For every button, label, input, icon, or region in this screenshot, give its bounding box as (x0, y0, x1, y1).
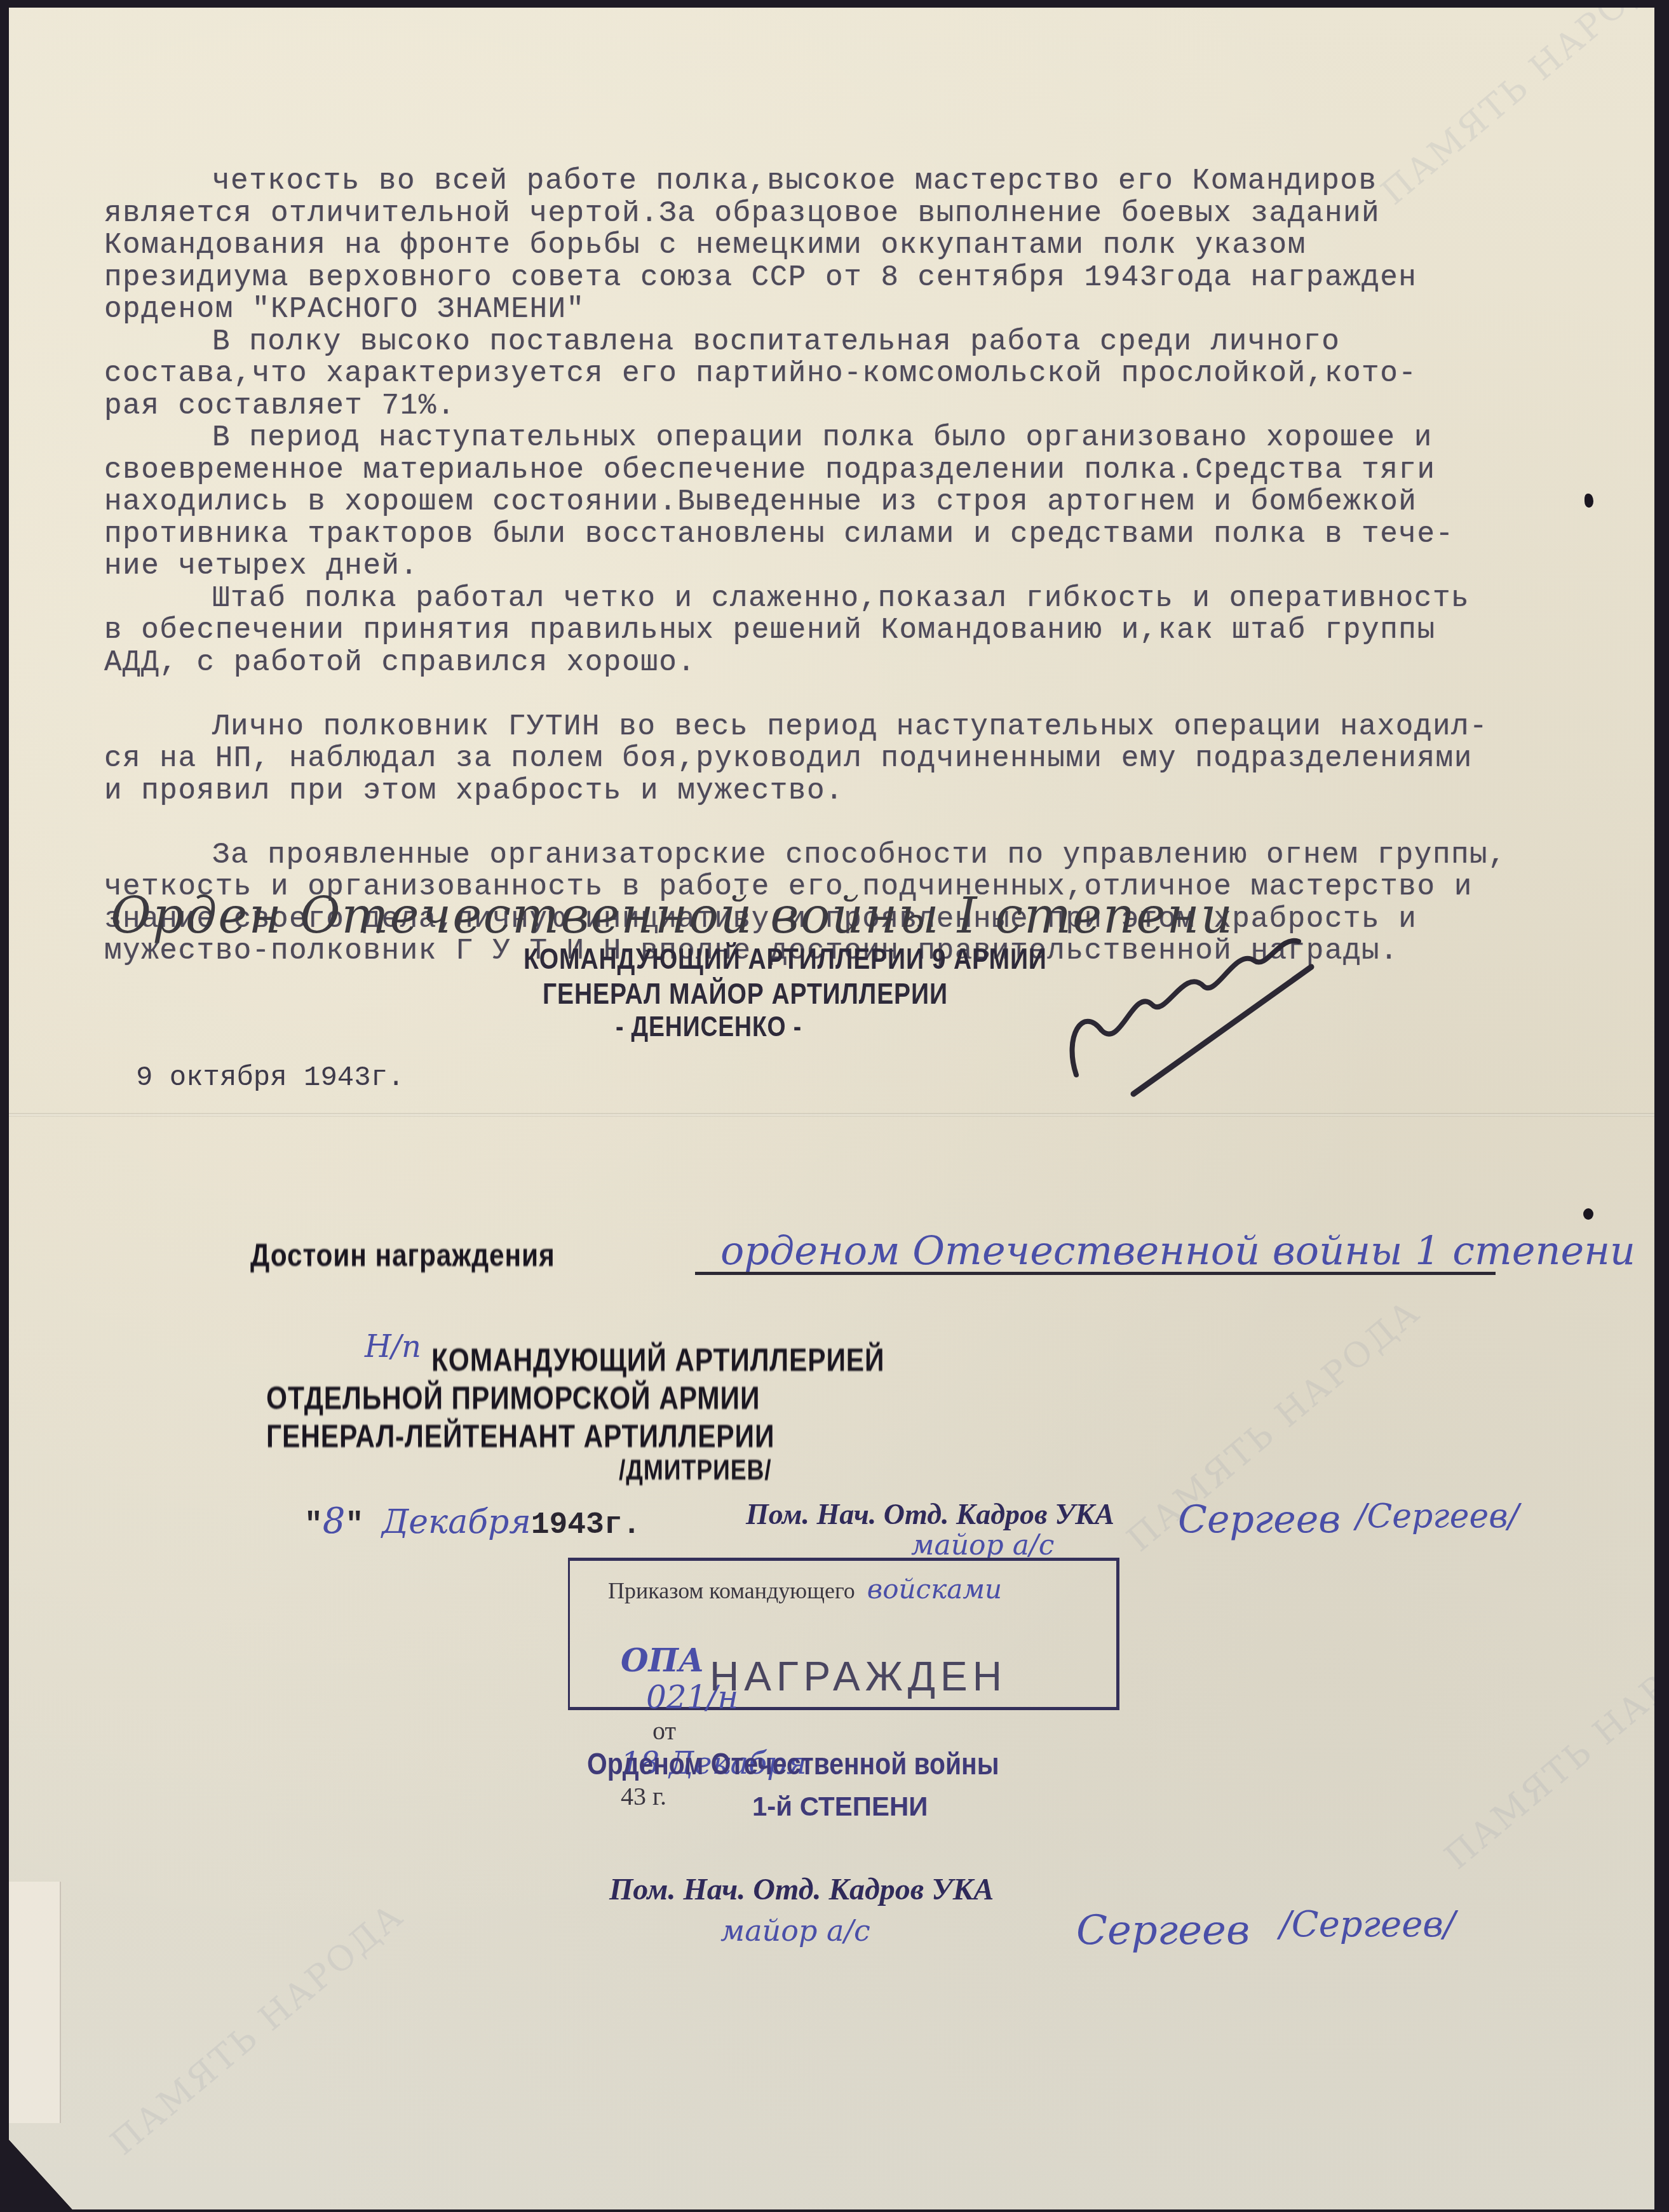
personnel-officer-1-rank: майор а/с (911, 1529, 1054, 1561)
signatory-2-title: КОМАНДУЮЩИЙ АРТИЛЛЕРИЕЙ (431, 1342, 884, 1379)
signatory-2-army: ОТДЕЛЬНОЙ ПРИМОРСКОЙ АРМИИ (266, 1380, 760, 1417)
text-line: орденом "КРАСНОГО ЗНАМЕНИ" (104, 293, 585, 326)
order-army-abbr: ОПА (621, 1642, 705, 1679)
text-line: президиума верховного совета союза ССР о… (104, 261, 1417, 294)
text-line: В полку высоко поставлена воспитательная… (212, 325, 1340, 358)
text-line: Лично полковник ГУТИН во весь период нас… (212, 710, 1488, 743)
order-handwritten-text: войсками (867, 1574, 1002, 1605)
paragraph-5: Лично полковник ГУТИН во весь период нас… (104, 711, 1591, 743)
paragraph-4: Штаб полка работал четко и слаженно,пока… (104, 583, 1591, 615)
text-line: За проявленные организаторские способнос… (212, 839, 1506, 872)
paper-fold (9, 1113, 1654, 1117)
personnel-officer-2-title: Пом. Нач. Отд. Кадров УКА (609, 1872, 994, 1907)
signature-1 (1025, 910, 1407, 1100)
watermark: ПАМЯТЬ НАРОДА (103, 1894, 412, 2162)
text-line: ние четырех дней. (104, 550, 419, 583)
paragraph-1: четкость во всей работе полка,высокое ма… (104, 165, 1591, 198)
signatory-1-title: КОМАНДУЮЩИЙ АРТИЛЛЕРИИ 9 АРМИИ (524, 941, 1047, 976)
signatory-2-prefix: Н/п (365, 1329, 421, 1365)
personnel-officer-2-signature: Сергеев (1076, 1907, 1250, 1954)
text-line: и проявил при этом храбрость и мужество. (104, 774, 844, 807)
paper-hole (1585, 494, 1593, 508)
date-day: 8 (323, 1501, 346, 1542)
signatory-2-date: "8" Декабря1943г. (304, 1501, 640, 1542)
text-line: рая составляет 71%. (104, 389, 456, 422)
text-line: ся на НП, наблюдал за полем боя,руководи… (104, 742, 1473, 775)
award-stamp-line2: 1-й СТЕПЕНИ (752, 1791, 928, 1822)
order-printed-text: Приказом командующего (608, 1578, 855, 1603)
paragraph-2: В полку высоко поставлена воспитательная… (104, 326, 1591, 358)
date-month: Декабря (382, 1503, 531, 1541)
personnel-officer-2-rank: майор а/с (720, 1913, 870, 1948)
worthy-of-award-label: Достоин награждения (250, 1237, 555, 1274)
text-line: находились в хорошем состоянии.Выведенны… (104, 485, 1417, 518)
award-stamp-line1: Орденом Отечественной войны (587, 1747, 999, 1782)
order-stamp-awarded: НАГРАЖДЕН (710, 1653, 1007, 1700)
text-line: четкость во всей работе полка,высокое ма… (212, 165, 1377, 198)
signatory-1-name: - ДЕНИСЕНКО - (616, 1011, 802, 1043)
body-text: четкость во всей работе полка,высокое ма… (104, 165, 1591, 968)
signatory-2-rank: ГЕНЕРАЛ-ЛЕЙТЕНАНТ АРТИЛЛЕРИИ (266, 1418, 774, 1455)
worthy-of-award-value: орденом Отечественной войны 1 степени (720, 1227, 1635, 1274)
order-stamp-line1: Приказом командующего войсками (608, 1574, 1002, 1605)
paragraph-3: В период наступательных операции полка б… (104, 422, 1591, 454)
paper-hole (1583, 1208, 1593, 1220)
date-year: 1943г. (531, 1508, 641, 1542)
award-underline (695, 1272, 1496, 1275)
text-line: В период наступательных операции полка б… (212, 421, 1433, 454)
torn-paper-strip (9, 1882, 61, 2123)
text-line: в обеспечении принятия правильных решени… (104, 614, 1436, 647)
order-from-label: от (652, 1716, 676, 1745)
document-page: ПАМЯТЬ НАРОДА ПАМЯТЬ НАРОДА ПАМЯТЬ НАРОД… (9, 8, 1654, 2209)
order-stamp-box: Приказом командующего войсками ОПА 021/н… (568, 1558, 1119, 1710)
paragraph-6: За проявленные организаторские способнос… (104, 839, 1591, 872)
signatory-1-date: 9 октября 1943г. (136, 1062, 404, 1094)
personnel-officer-1-signature: Сергеев (1178, 1497, 1341, 1542)
text-line: своевременное материальное обеспечение п… (104, 454, 1436, 487)
text-line: Штаб полка работал четко и слаженно,пока… (212, 582, 1470, 615)
watermark: ПАМЯТЬ НАРОДА (1437, 1608, 1669, 1877)
text-line: противника тракторов были восстановлены … (104, 518, 1454, 551)
text-line: АДД, с работой справился хорошо. (104, 646, 696, 679)
signatory-2-name: /ДМИТРИЕВ/ (619, 1455, 772, 1487)
personnel-officer-1-title: Пом. Нач. Отд. Кадров УКА (746, 1497, 1114, 1531)
personnel-officer-2-name: /Сергеев/ (1280, 1904, 1456, 1945)
order-year: 43 г. (621, 1782, 666, 1811)
signatory-1-rank: ГЕНЕРАЛ МАЙОР АРТИЛЛЕРИИ (543, 976, 948, 1011)
personnel-officer-1-name: /Сергеев/ (1356, 1497, 1519, 1535)
text-line: является отличительной чертой.За образцо… (104, 197, 1380, 230)
text-line: Командования на фронте борьбы с немецким… (104, 229, 1306, 262)
text-line: состава,что характеризуется его партийно… (104, 357, 1417, 390)
